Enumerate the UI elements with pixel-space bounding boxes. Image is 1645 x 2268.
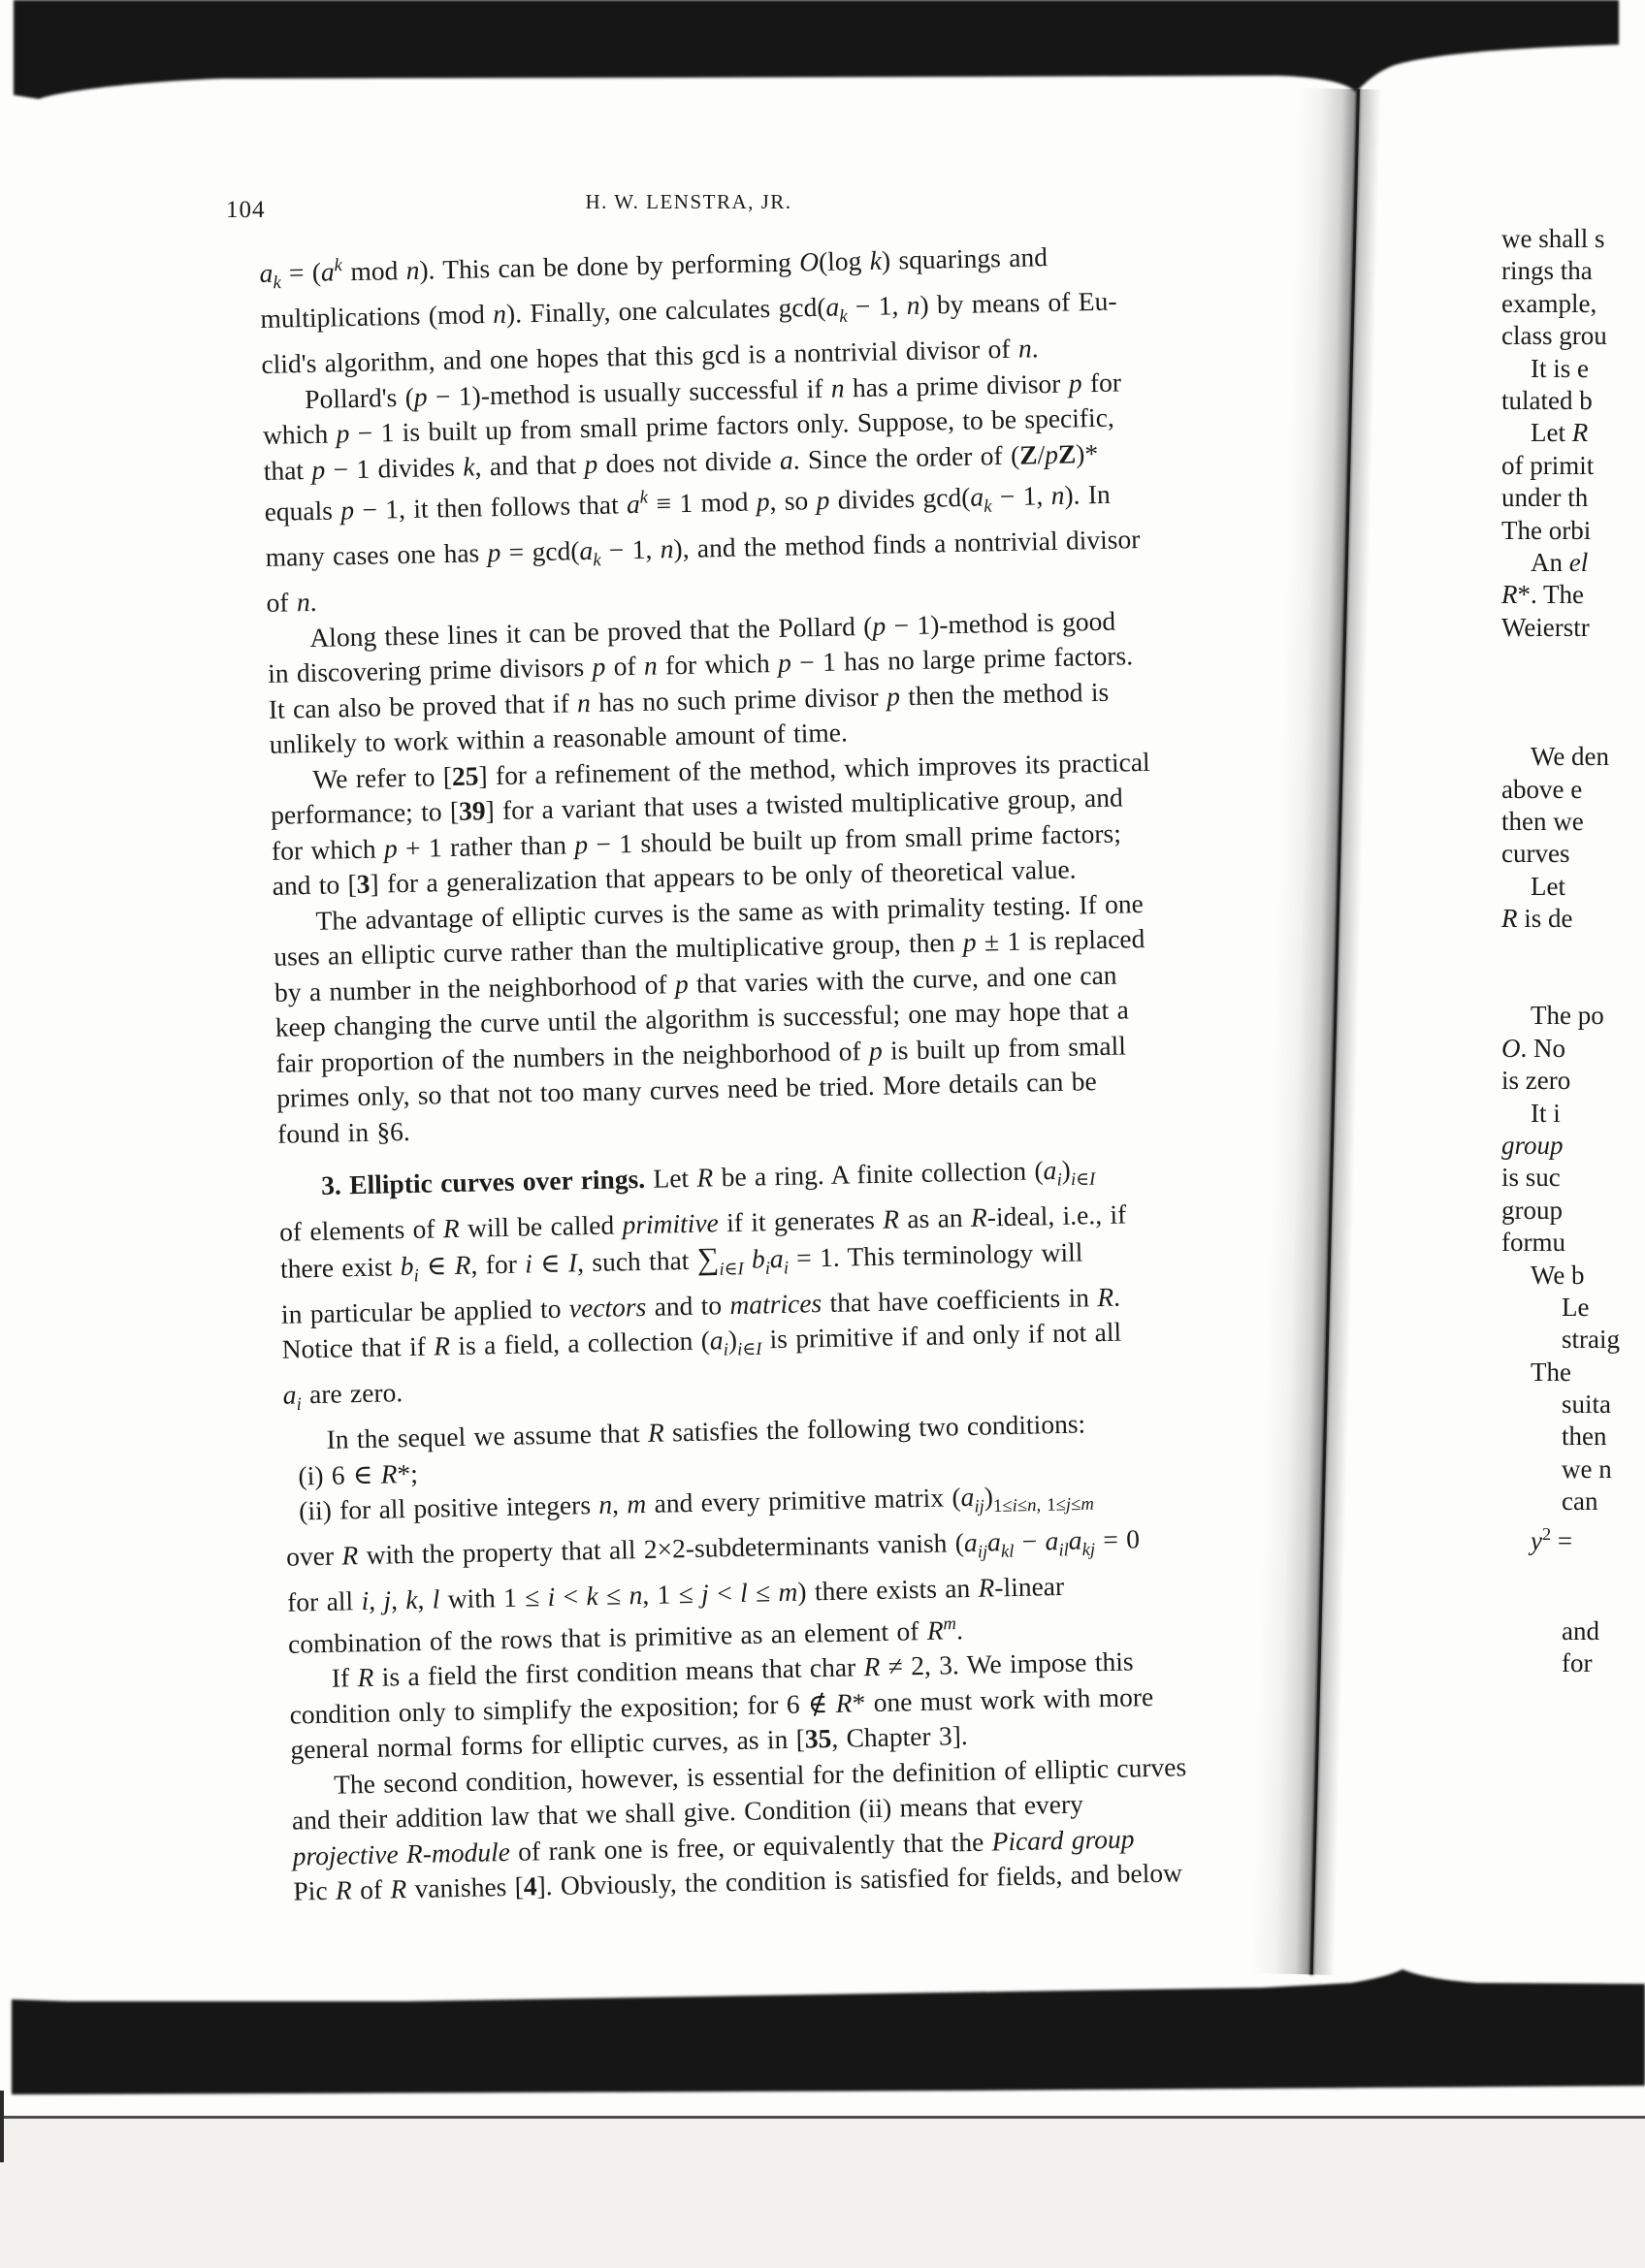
- fragment-text-line: tulated b: [1501, 385, 1645, 417]
- fragment-text-line: Weierstr: [1501, 612, 1645, 644]
- top-edge-band: [14, 0, 1619, 99]
- scanner-bed-area: [0, 2119, 1645, 2268]
- left-page-text: ak = (ak mod n). This can be done by per…: [259, 229, 1297, 1909]
- paragraph: 3. Elliptic curves over rings. Let R be …: [278, 1148, 1286, 1423]
- scanned-book-page: 104 H. W. LENSTRA, JR. ak = (ak mod n). …: [0, 0, 1645, 2268]
- fragment-text-line: Let R: [1501, 417, 1645, 449]
- fragment-text-line: y2 =: [1501, 1518, 1645, 1550]
- fragment-text-line: It i: [1501, 1098, 1645, 1130]
- fragment-text-line: O. No: [1501, 1033, 1645, 1065]
- paragraph: If R is a field the first condition mean…: [289, 1641, 1294, 1768]
- paragraph: Pollard's (p − 1)-method is usually succ…: [262, 362, 1270, 622]
- fragment-text-line: straig: [1501, 1324, 1645, 1356]
- right-page-fragment: we shall srings thaexample,class grouIt …: [1501, 223, 1645, 1680]
- fragment-text-line: curves: [1501, 838, 1645, 870]
- fragment-text-line: for: [1501, 1647, 1645, 1679]
- running-head: H. W. LENSTRA, JR.: [504, 190, 873, 214]
- fragment-text-line: and: [1501, 1615, 1645, 1647]
- fragment-text-line: then: [1501, 1421, 1645, 1453]
- fragment-text-line: R*. The: [1501, 579, 1645, 611]
- fragment-text-line: we shall s: [1501, 223, 1645, 255]
- fragment-text-line: formu: [1501, 1227, 1645, 1259]
- fragment-text-line: Le: [1501, 1292, 1645, 1324]
- paragraph: (ii) for all positive integers n, m and …: [285, 1473, 1291, 1662]
- fragment-text-line: class grou: [1501, 320, 1645, 352]
- fragment-text-line: We den: [1501, 741, 1645, 773]
- fragment-text-line: group: [1501, 1130, 1645, 1162]
- fragment-text-line: Let: [1501, 871, 1645, 903]
- fragment-text-line: of primit: [1501, 450, 1645, 482]
- fragment-blank-line: [1501, 709, 1645, 741]
- fragment-text-line: The orbi: [1501, 515, 1645, 547]
- fragment-text-line: is zero: [1501, 1065, 1645, 1097]
- fragment-text-line: above e: [1501, 774, 1645, 806]
- fragment-text-line: rings tha: [1501, 255, 1645, 287]
- fragment-blank-line: [1501, 936, 1645, 968]
- fragment-text-line: then we: [1501, 806, 1645, 838]
- fragment-blank-line: [1501, 644, 1645, 676]
- fragment-text-line: R is de: [1501, 903, 1645, 935]
- fragment-text-line: can: [1501, 1485, 1645, 1517]
- paragraph: ak = (ak mod n). This can be done by per…: [259, 229, 1265, 382]
- fragment-text-line: we n: [1501, 1453, 1645, 1485]
- fragment-text-line: group: [1501, 1195, 1645, 1227]
- fragment-text-line: An el: [1501, 547, 1645, 579]
- fragment-text-line: is suc: [1501, 1162, 1645, 1194]
- paragraph: We refer to [25] for a refinement of the…: [270, 742, 1275, 905]
- fragment-blank-line: [1501, 1550, 1645, 1582]
- fragment-text-line: We b: [1501, 1260, 1645, 1292]
- paragraph: Along these lines it can be proved that …: [267, 600, 1273, 763]
- fragment-blank-line: [1501, 1582, 1645, 1614]
- paragraph: The second condition, however, is essent…: [291, 1747, 1297, 1910]
- fragment-blank-line: [1501, 676, 1645, 708]
- fragment-text-line: example,: [1501, 288, 1645, 320]
- bottom-edge-band: [12, 1969, 1645, 2094]
- scan-edge-artifact: [0, 2091, 4, 2162]
- fragment-text-line: suita: [1501, 1389, 1645, 1421]
- fragment-text-line: under th: [1501, 482, 1645, 514]
- fragment-blank-line: [1501, 968, 1645, 1000]
- fragment-text-line: It is e: [1501, 353, 1645, 385]
- page-number: 104: [226, 197, 266, 224]
- fragment-text-line: The: [1501, 1357, 1645, 1389]
- fragment-text-line: The po: [1501, 1000, 1645, 1032]
- paragraph: The advantage of elliptic curves is the …: [273, 883, 1280, 1152]
